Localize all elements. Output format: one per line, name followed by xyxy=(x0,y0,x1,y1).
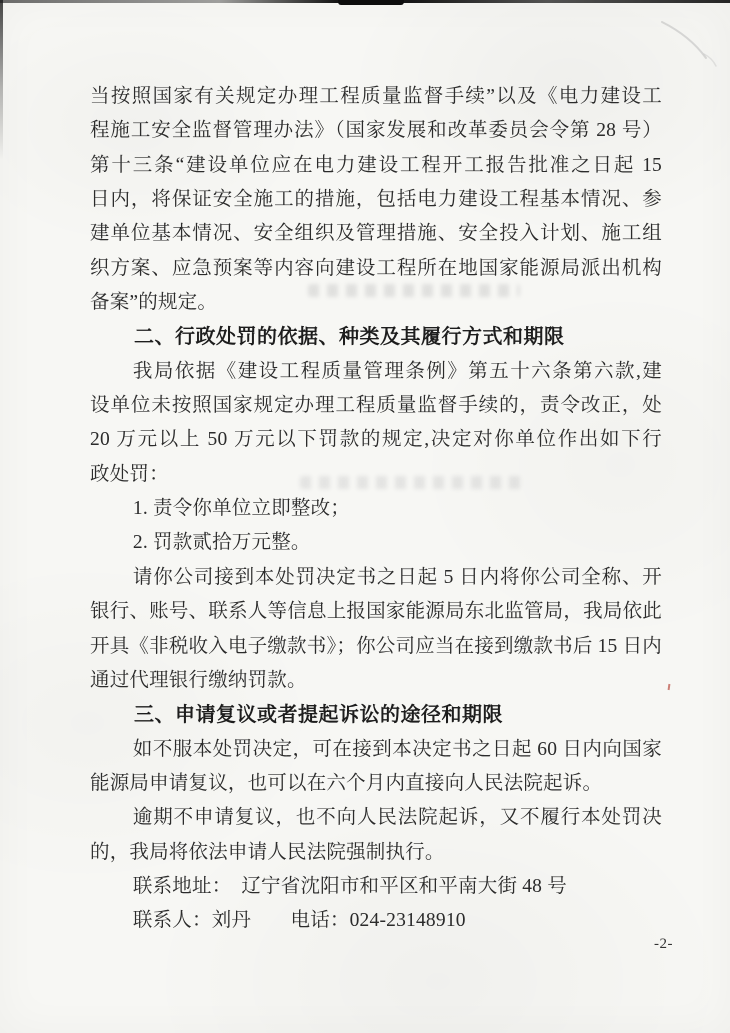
contact-address-line: 联系地址： 辽宁省沈阳市和平区和平南大街 48 号 xyxy=(90,870,662,904)
penalty-item-2: 2. 罚款贰拾万元整。 xyxy=(90,526,662,560)
body-line: 如不服本处罚决定，可在接到本决定书之日起 60 日内向国家 xyxy=(90,733,662,767)
body-line: 我局依据《建设工程质量管理条例》第五十六条第六款,建 xyxy=(90,355,662,389)
body-line: 通过代理银行缴纳罚款。 xyxy=(90,664,662,698)
body-line: 织方案、应急预案等内容向建设工程所在地国家能源局派出机构 xyxy=(90,252,662,286)
body-line: 建单位基本情况、安全组织及管理措施、安全投入计划、施工组 xyxy=(90,217,662,251)
body-line: 开具《非税收入电子缴款书》；你公司应当在接到缴款书后 15 日内 xyxy=(90,630,662,664)
section-heading-3: 三、申请复议或者提起诉讼的途径和期限 xyxy=(90,698,662,732)
body-line: 20 万元以上 50 万元以下罚款的规定,决定对你单位作出如下行 xyxy=(90,423,662,457)
scanned-document-page: 当按照国家有关规定办理工程质量监督手续”以及《电力建设工 程施工安全监督管理办法… xyxy=(0,0,730,1033)
body-line: 第十三条“建设单位应在电力建设工程开工报告批准之日起 15 xyxy=(90,149,662,183)
body-line: 政处罚： xyxy=(90,458,662,492)
body-line: 能源局申请复议，也可以在六个月内直接向人民法院起诉。 xyxy=(90,767,662,801)
penalty-item-1: 1. 责令你单位立即整改； xyxy=(90,492,662,526)
scan-edge-left xyxy=(0,0,3,160)
body-line: 当按照国家有关规定办理工程质量监督手续”以及《电力建设工 xyxy=(90,80,662,114)
red-speck-artifact xyxy=(668,684,671,690)
body-line: 备案”的规定。 xyxy=(90,286,662,320)
body-line: 日内，将保证安全施工的措施，包括电力建设工程基本情况、参 xyxy=(90,183,662,217)
body-line: 银行、账号、联系人等信息上报国家能源局东北监管局，我局依此 xyxy=(90,595,662,629)
scan-crease-mark xyxy=(648,14,730,78)
body-line: 请你公司接到本处罚决定书之日起 5 日内将你公司全称、开户 xyxy=(90,561,662,595)
section-heading-2: 二、行政处罚的依据、种类及其履行方式和期限 xyxy=(90,320,662,354)
contact-person-line: 联系人：刘丹 电话：024-23148910 xyxy=(90,904,662,938)
page-number: -2- xyxy=(654,936,673,953)
document-body: 当按照国家有关规定办理工程质量监督手续”以及《电力建设工 程施工安全监督管理办法… xyxy=(90,80,662,939)
body-line: 设单位未按照国家规定办理工程质量监督手续的，责令改正，处 xyxy=(90,389,662,423)
body-line: 的，我局将依法申请人民法院强制执行。 xyxy=(90,836,662,870)
scan-edge-top-blob xyxy=(338,0,404,5)
body-line: 程施工安全监督管理办法》（国家发展和改革委员会令第 28 号） xyxy=(90,114,662,148)
body-line: 逾期不申请复议，也不向人民法院起诉，又不履行本处罚决定 xyxy=(90,801,662,835)
